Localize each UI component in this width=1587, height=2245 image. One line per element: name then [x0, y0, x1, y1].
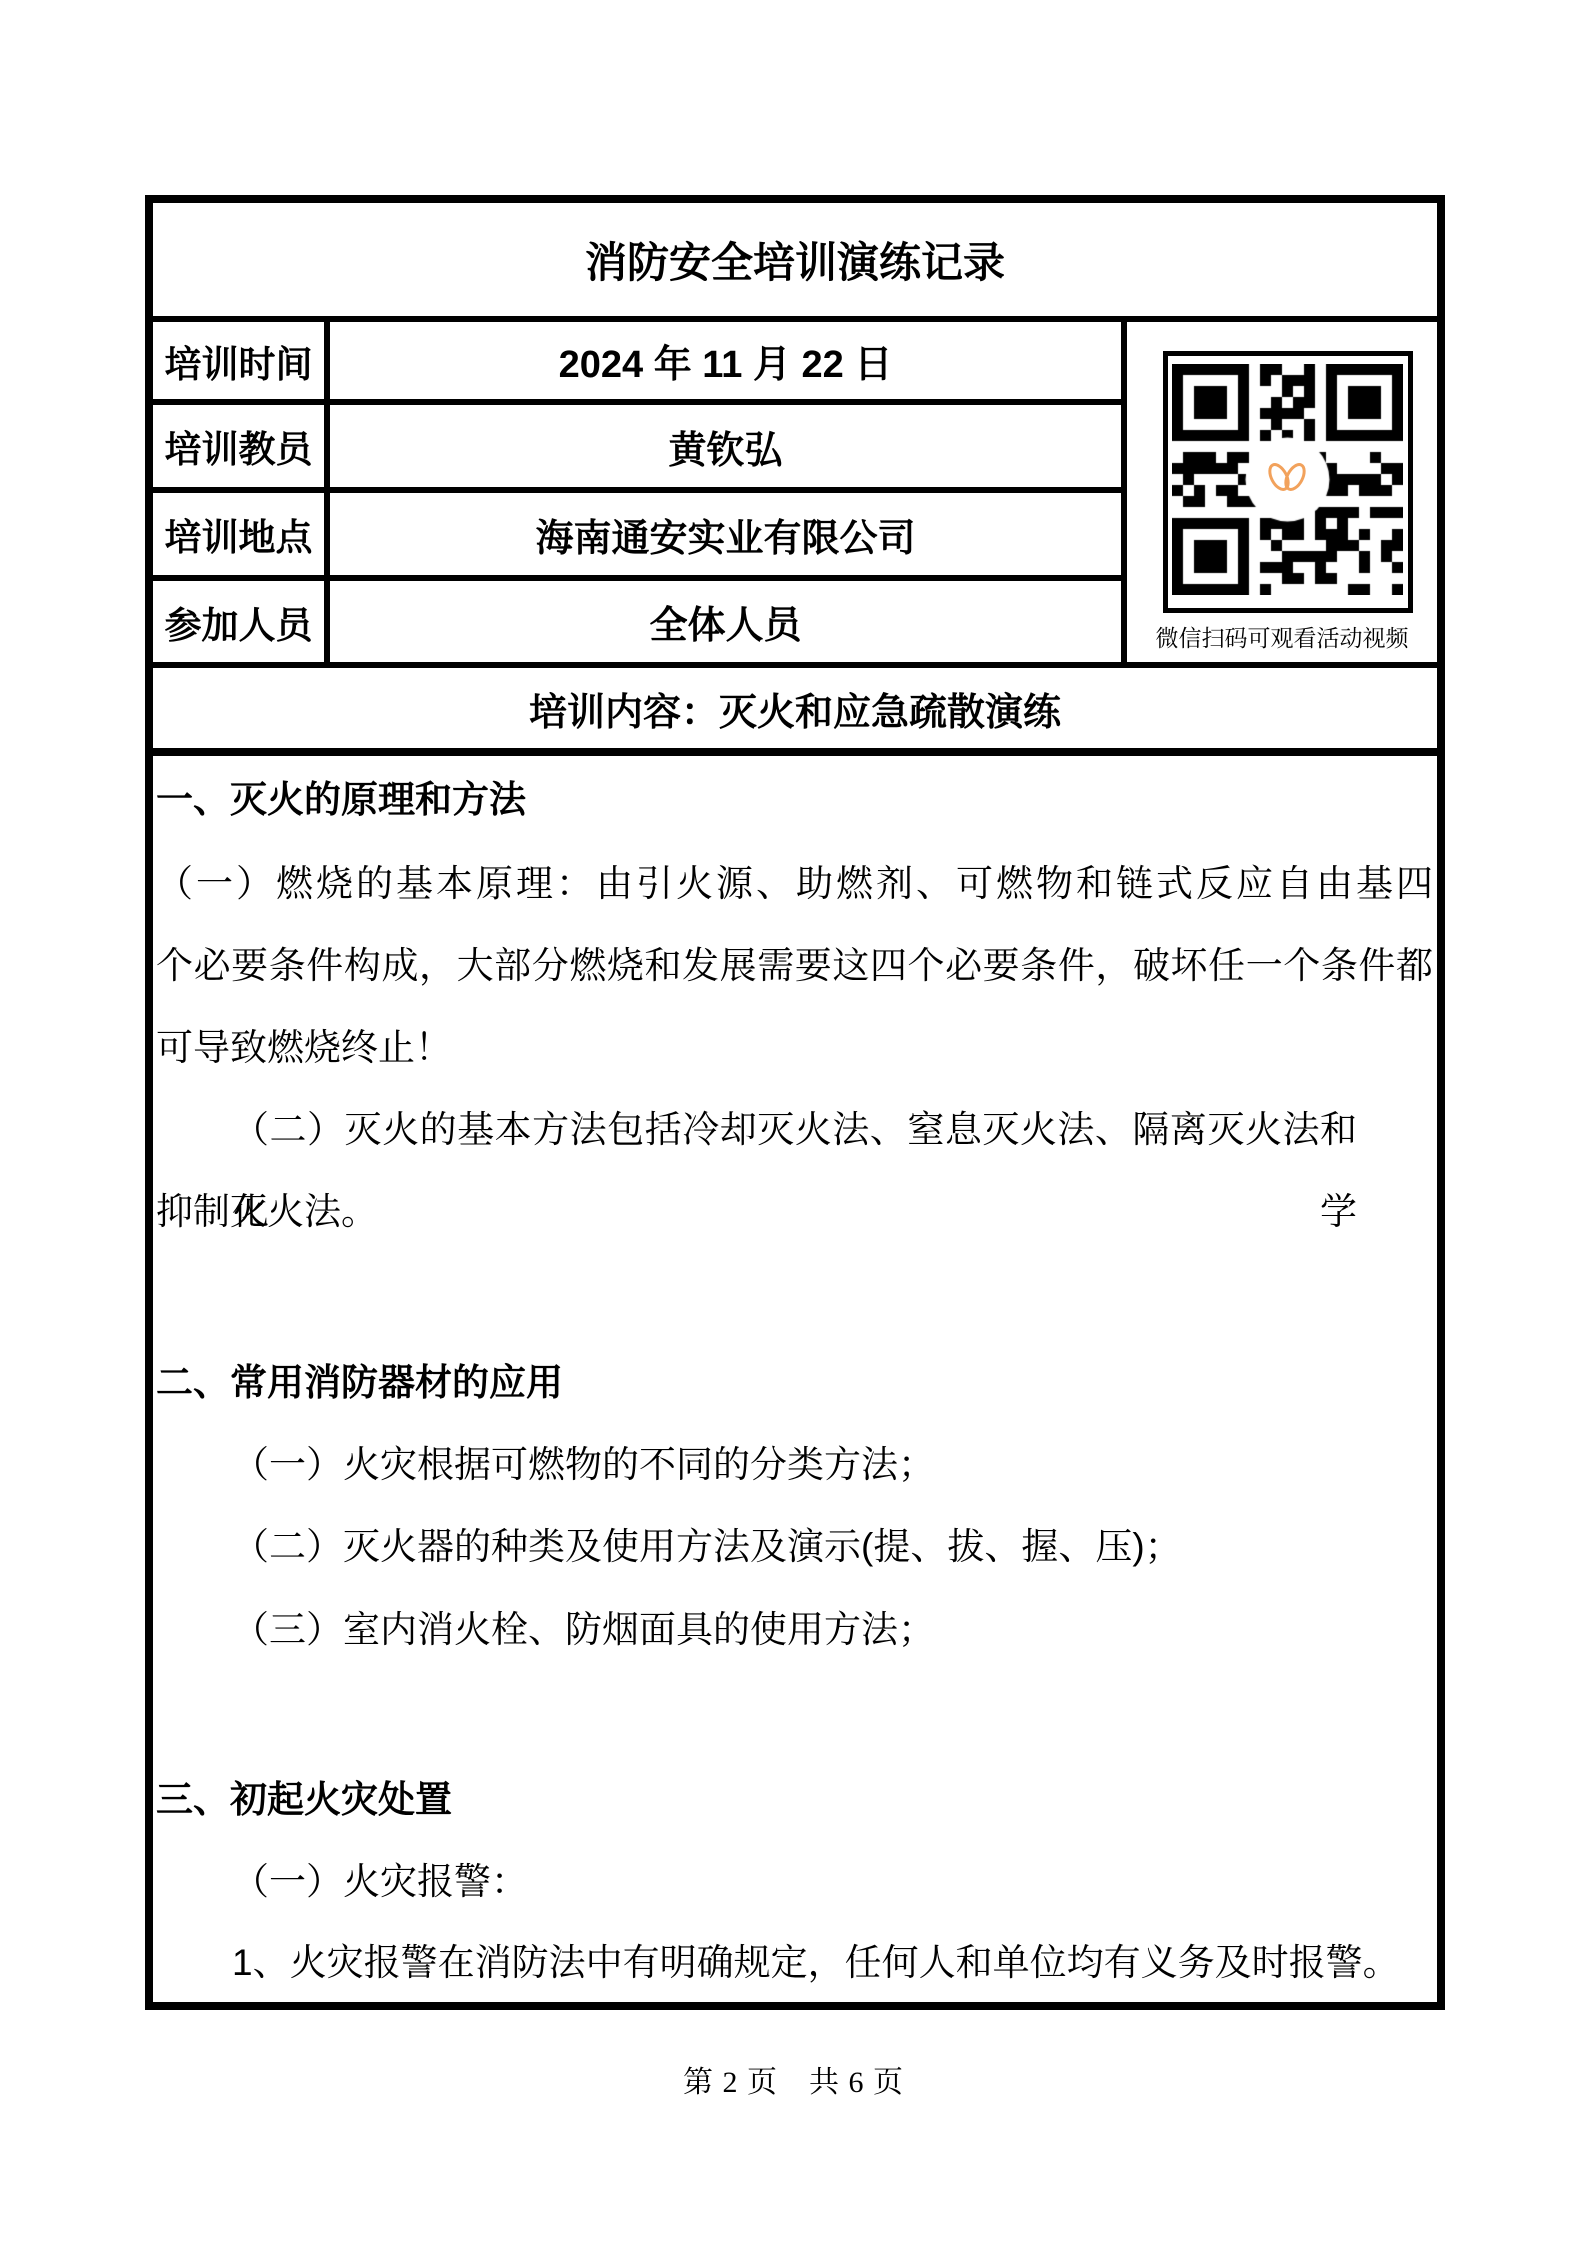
content-line: （二）灭火的基本方法包括冷却灭火法、窒息灭火法、隔离灭火法和化学: [156, 1089, 1357, 1171]
content-line: 个必要条件构成，大部分燃烧和发展需要这四个必要条件，破坏任一个条件都: [156, 925, 1433, 1007]
content-line: 可导致燃烧终止！: [156, 1007, 1433, 1089]
content-line: 1、火灾报警在消防法中有明确规定，任何人和单位均有义务及时报警。: [156, 1922, 1433, 2004]
content-line: （一）燃烧的基本原理：由引火源、助燃剂、可燃物和链式反应自由基四: [156, 843, 1433, 925]
row-value-training-time: 2024 年 11 月 22 日: [330, 322, 1121, 399]
row-label-participants: 参加人员: [153, 581, 324, 662]
content-line: （一）火灾报警：: [156, 1841, 1433, 1923]
content-line: （三）室内消火栓、防烟面具的使用方法；: [156, 1589, 1433, 1671]
table-border: [1121, 322, 1127, 662]
document-page: 消防安全培训演练记录 培训时间 2024 年 11 月 22 日 培训教员 黄钦…: [0, 0, 1587, 2245]
content-header: 培训内容：灭火和应急疏散演练: [153, 668, 1437, 748]
row-value-participants: 全体人员: [330, 581, 1121, 662]
section-heading-3: 三、初起火灾处置: [156, 1759, 1433, 1841]
row-value-training-location: 海南通安实业有限公司: [330, 493, 1121, 575]
butterfly-icon: [1263, 457, 1311, 501]
section-heading-1: 一、灭火的原理和方法: [156, 759, 1433, 841]
document-title: 消防安全培训演练记录: [153, 203, 1437, 316]
row-label-training-time: 培训时间: [153, 322, 324, 399]
content-line: （二）灭火器的种类及使用方法及演示(提、拔、握、压)；: [156, 1506, 1433, 1588]
row-value-training-instructor: 黄钦弘: [330, 405, 1121, 487]
content-line: 抑制灭火法。: [156, 1171, 1433, 1253]
row-label-training-location: 培训地点: [153, 493, 324, 575]
section-heading-2: 二、常用消防器材的应用: [156, 1342, 1433, 1424]
qr-caption: 微信扫码可观看活动视频: [1127, 620, 1437, 653]
page-footer: 第 2 页 共 6 页: [0, 2057, 1587, 2101]
content-line: （一）火灾根据可燃物的不同的分类方法；: [156, 1424, 1433, 1506]
row-label-training-instructor: 培训教员: [153, 405, 324, 487]
table-border: [152, 748, 1437, 756]
